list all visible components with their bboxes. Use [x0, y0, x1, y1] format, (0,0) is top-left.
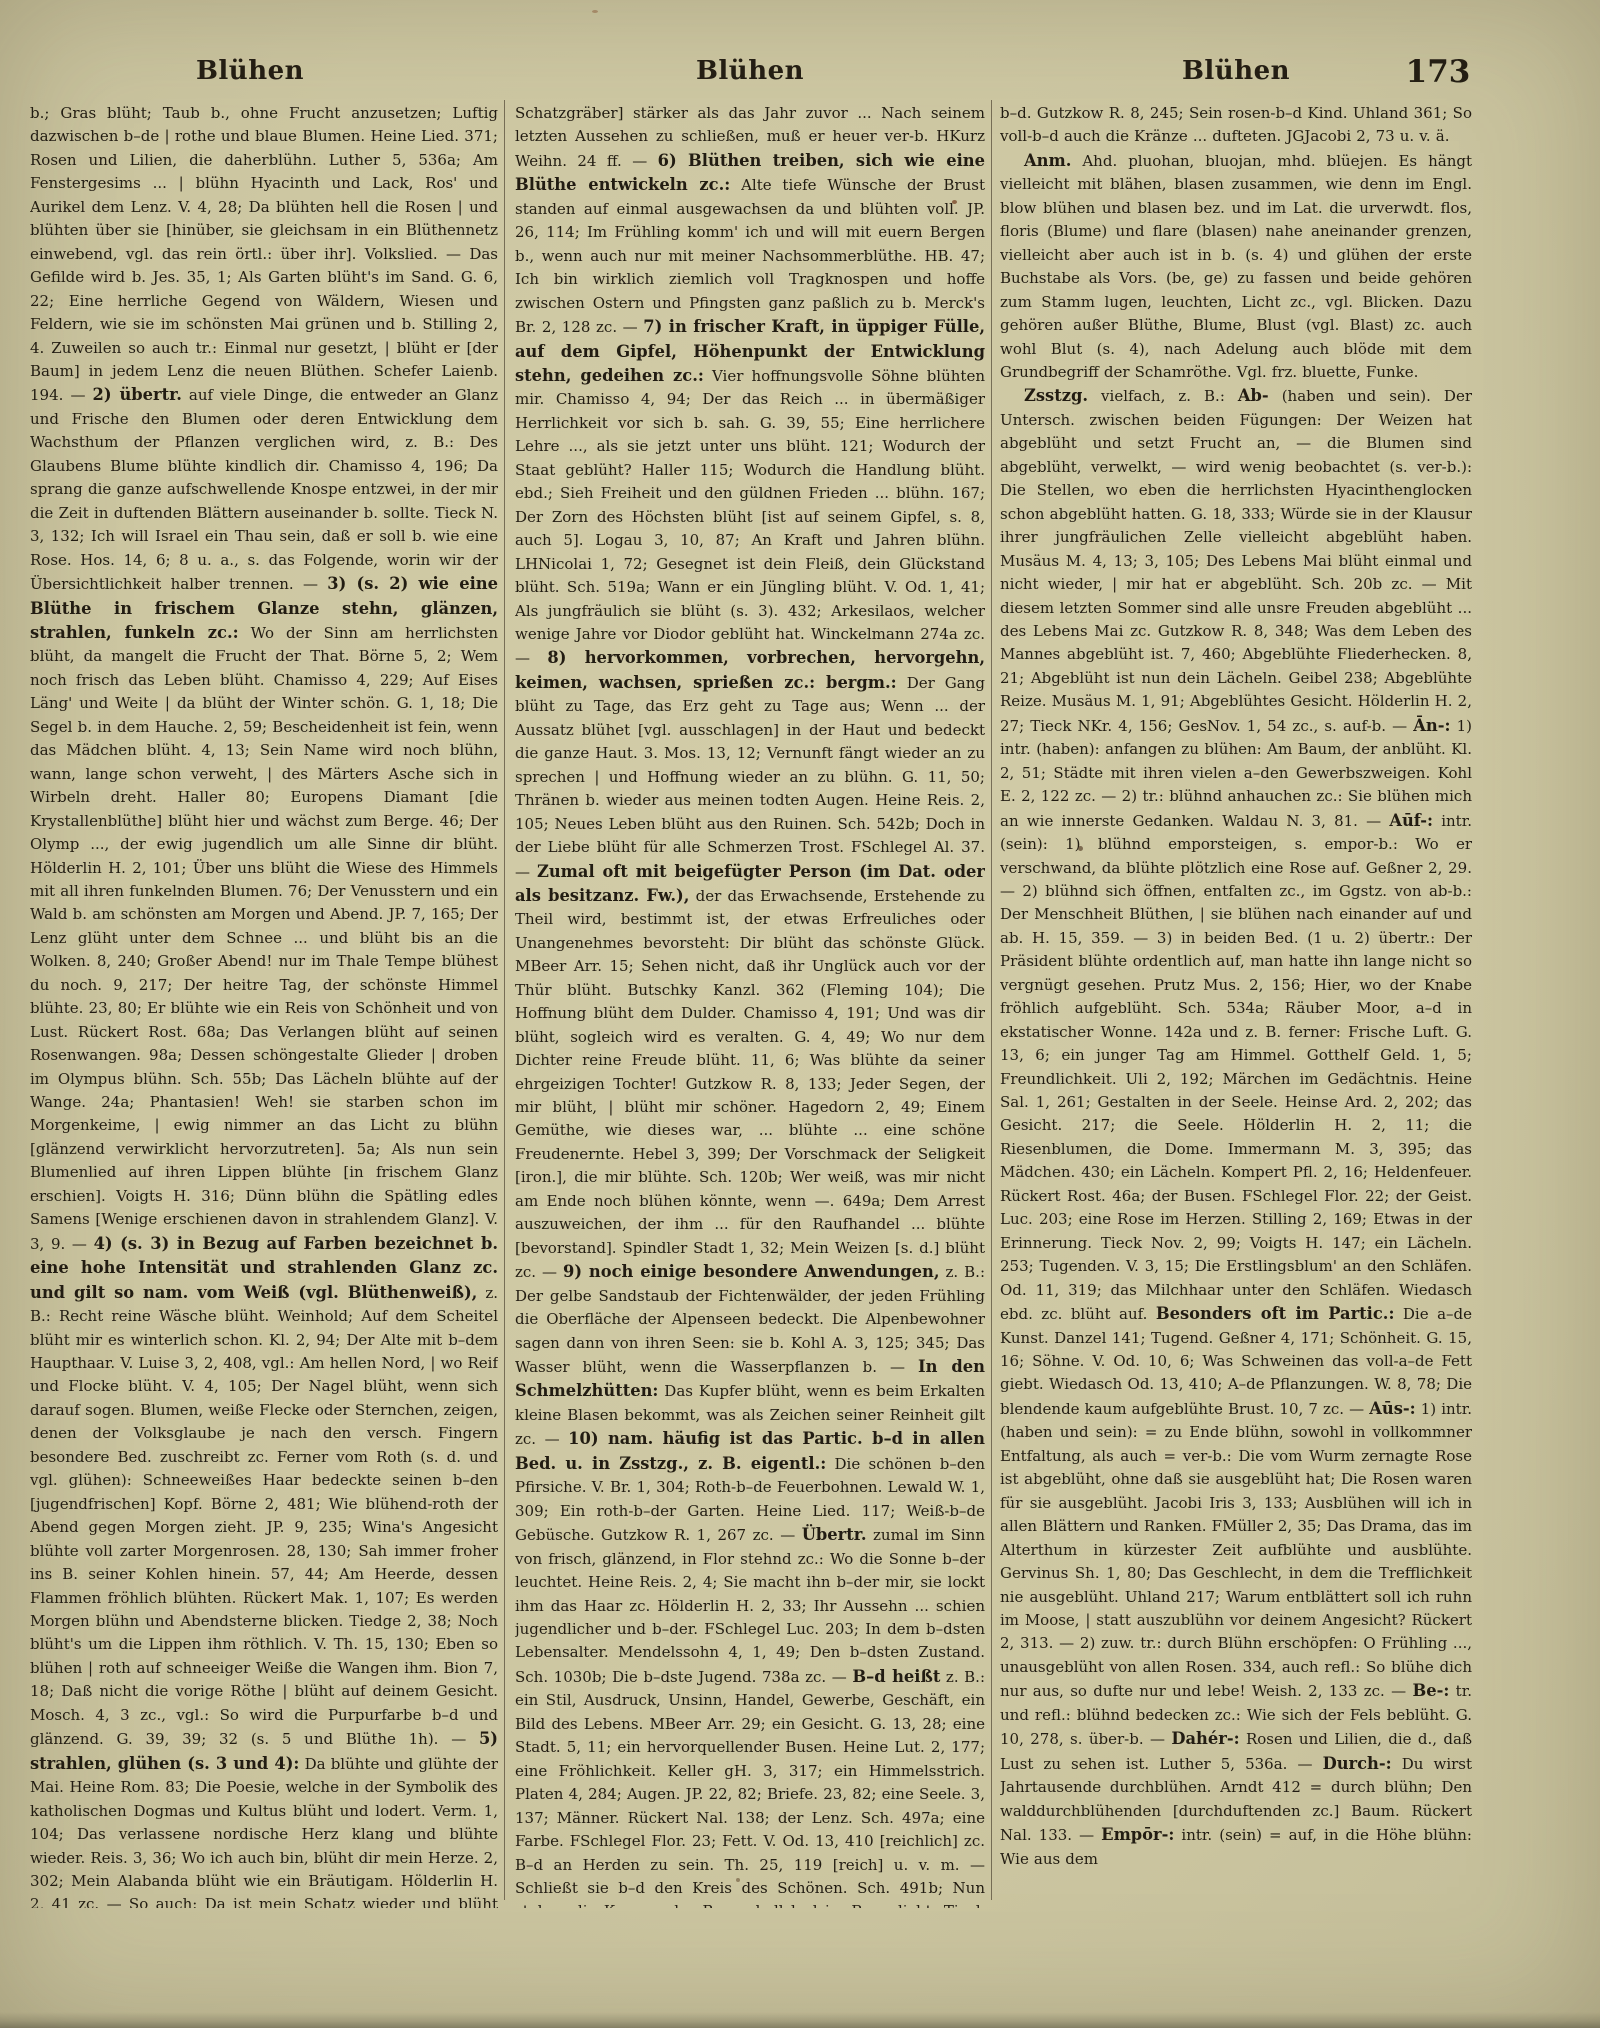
text-segment: intr. (sein): 1) blühnd emporsteigen, s.… — [1000, 812, 1472, 1324]
entry-marker: Aūs-: — [1369, 1399, 1415, 1418]
entry-marker: 9) noch einige besondere Anwendungen, — [563, 1262, 940, 1281]
text-segment: b–d. Gutzkow R. 8, 245; Sein rosen-b–d K… — [1000, 104, 1472, 145]
page-bottom-edge — [0, 2012, 1600, 2028]
paragraph: b.; Gras blüht; Taub b., ohne Frucht anz… — [30, 102, 498, 1908]
text-segment: der das Erwachsende, Erstehende zu Theil… — [515, 887, 985, 1281]
text-segment: Der Gang blüht zu Tage, das Erz geht zu … — [515, 674, 985, 881]
text-segment: zumal im Sinn von frisch, glänzend, in F… — [515, 1526, 985, 1686]
text-segment: auf viele Dinge, die entweder an Glanz u… — [30, 386, 498, 593]
entry-marker: 4) (s. 3) in Bezug auf Farben bezeichnet… — [30, 1234, 498, 1302]
entry-marker: B–d heißt — [852, 1667, 940, 1686]
column-2: Schatzgräber] stärker als das Jahr zuvor… — [515, 102, 985, 1908]
running-head-column-1: Blühen — [30, 56, 470, 90]
entry-marker: Durch-: — [1323, 1754, 1392, 1773]
paragraph: b–d. Gutzkow R. 8, 245; Sein rosen-b–d K… — [1000, 102, 1472, 149]
entry-marker: Aūf-: — [1389, 811, 1433, 830]
text-segment: (haben und sein). Der Untersch. zwischen… — [1000, 387, 1472, 734]
entry-marker: Be-: — [1412, 1681, 1449, 1700]
entry-marker: Dahér-: — [1171, 1729, 1239, 1748]
running-head-column-2: Blühen — [515, 56, 985, 90]
entry-marker: Empōr-: — [1101, 1825, 1174, 1844]
page-number: 173 — [1396, 54, 1480, 90]
entry-marker: Ān-: — [1413, 716, 1450, 735]
text-segment: vielfach, z. B.: — [1088, 387, 1238, 405]
text-segment: z. B.: Recht reine Wäsche blüht. Weinhol… — [30, 1284, 498, 1749]
text-segment: 1) intr. (haben und sein): = zu Ende blü… — [1000, 1400, 1472, 1700]
column-divider-rule — [991, 100, 992, 1900]
entry-marker: Anm. — [1024, 151, 1071, 170]
entry-marker: 2) übertr. — [92, 385, 181, 404]
dictionary-page: Blühen Blühen Blühen 173 b.; Gras blüht;… — [0, 0, 1600, 2028]
text-segment: Alte tiefe Wünsche der Brust standen auf… — [515, 176, 985, 336]
ink-speck — [592, 10, 598, 13]
ink-speck — [1078, 846, 1083, 851]
text-segment: z. B.: ein Stil, Ausdruck, Unsinn, Hande… — [515, 1668, 985, 1908]
entry-marker: Zsstzg. — [1024, 386, 1088, 405]
paragraph: Schatzgräber] stärker als das Jahr zuvor… — [515, 102, 985, 1908]
column-divider-rule — [504, 100, 505, 1900]
text-segment: Ahd. pluohan, bluojan, mhd. blüejen. Es … — [1000, 152, 1472, 381]
paragraph: Zsstzg. vielfach, z. B.: Ab- (haben und … — [1000, 384, 1472, 1871]
column-3: b–d. Gutzkow R. 8, 245; Sein rosen-b–d K… — [1000, 102, 1472, 1908]
ink-speck — [952, 200, 957, 204]
paragraph: Anm. Ahd. pluohan, bluojan, mhd. blüejen… — [1000, 149, 1472, 385]
entry-marker: Ab- — [1238, 386, 1269, 405]
text-segment: Vier hoffnungsvolle Söhne blühten mir. C… — [515, 367, 985, 667]
text-segment: Da blühte und glühte der Mai. Heine Rom.… — [30, 1755, 498, 1908]
column-1: b.; Gras blüht; Taub b., ohne Frucht anz… — [30, 102, 498, 1908]
entry-marker: Besonders oft im Partic.: — [1156, 1304, 1395, 1323]
ink-speck — [736, 1878, 740, 1882]
text-segment: b.; Gras blüht; Taub b., ohne Frucht anz… — [30, 104, 498, 404]
text-segment: Wo der Sinn am herrlichsten blüht, da ma… — [30, 624, 498, 1253]
entry-marker: Übertr. — [802, 1525, 867, 1544]
